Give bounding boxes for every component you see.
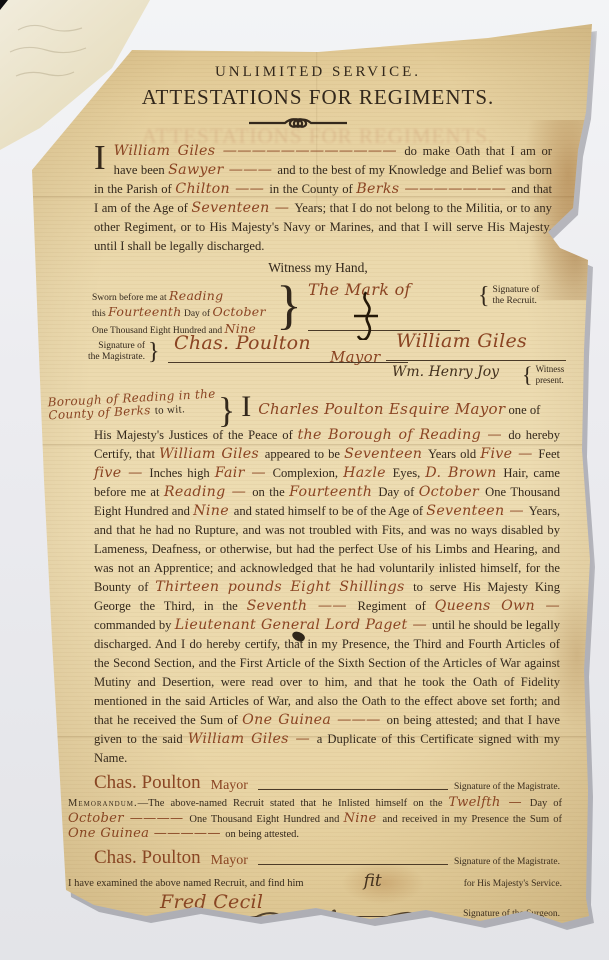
handwritten-text: Seventeen — [426,503,528,519]
handwritten-certifier-name: Charles Poulton Esquire Mayor [258,400,505,418]
flourish-divider-icon [243,115,393,129]
closing-brace: } [218,392,235,428]
handwritten-text: Seventeen [344,446,428,462]
witness-heading: Witness my Hand, [68,260,568,276]
signature-line [258,789,448,790]
page-title: ATTESTATIONS FOR REGIMENTS. [68,85,568,110]
printed-text: in the County of [269,182,356,196]
handwritten-text: D. Brown [425,465,503,481]
printed-text: Eyes, [393,466,426,480]
sworn-line-2: this Fourteenth Day of October [92,304,266,319]
document-header: UNLIMITED SERVICE. ATTESTATIONS FOR REGI… [68,64,568,134]
handwritten-text: Queens Own — [435,598,560,614]
printed-text: until he should be legally discharged. A… [94,618,560,727]
oath-text: William Giles ———————————— do make Oath … [94,144,552,253]
handwritten-text: Seventeen — [191,200,294,216]
handwritten-text: Thirteen pounds Eight Shillings [155,579,413,595]
attestation-signature-block: Sworn before me at Reading this Fourteen… [80,278,572,390]
printed-text: Day of [378,485,418,499]
handwritten-text: Nine [343,811,382,826]
witness-caption: { Witnesspresent. [522,364,564,386]
to-wit-label: to wit. [154,403,185,417]
printed-text: and received in my Presence the Sum of [383,814,562,825]
caption-text: Witnesspresent. [536,364,565,386]
surgeon-examination-line: I have examined the above named Recruit,… [68,871,562,891]
handwritten-text: William Giles ———————————— [114,143,405,159]
nota-bene: N. B. The Magistrate is requested to cau… [80,927,550,952]
title-unlimited-service: UNLIMITED SERVICE. [68,64,568,81]
handwritten-text: Fair — [215,465,273,481]
handwritten-text: One Guinea ————— [68,826,225,841]
certification-dropcap: I [241,392,251,422]
handwritten-text: Fourteenth [289,484,378,500]
oath-dropcap: I [94,143,106,172]
printed-text: Years old [428,447,480,461]
magistrate-title: Mayor [330,348,380,366]
handwritten-finding: fit [364,871,382,891]
printed-text: Day of [182,309,213,319]
signature-line [386,360,566,361]
signature-caption: Signature of the Magistrate. [454,782,560,794]
closing-brace: } [148,340,160,364]
handwritten-day: Fourteenth [108,304,181,319]
handwritten-text: William Giles [159,446,265,462]
printed-text: this [92,309,108,319]
printed-text: commanded by [94,618,175,632]
closing-brace: } [276,278,302,332]
printed-text: one of [505,403,540,417]
handwritten-text: Sawyer ——— [168,162,277,178]
printed-text: Feet [538,447,560,461]
handwritten-text: Nine [193,503,234,519]
handwritten-month: October [212,304,265,319]
handwritten-text: Hazle [343,465,393,481]
sworn-line-1: Sworn before me at Reading [92,288,223,303]
oath-paragraph: I William Giles ———————————— do make Oat… [94,142,552,256]
handwritten-text: One Guinea ——— [242,712,387,728]
handwritten-text: the Borough of Reading — [298,427,509,443]
signature-caption: Signature of the Magistrate. [454,857,560,869]
certification-opening: Borough of Reading in the County of Berk… [68,392,562,426]
magistrate-title: Mayor [211,778,248,794]
printed-text: His Majesty's Justices of the Peace of [94,428,298,442]
handwritten-text: Berks ——————— [356,181,511,197]
printed-text: appeared to be [265,447,344,461]
handwritten-text: Lieutenant General Lord Paget — [175,617,432,633]
certification-column: Borough of Reading in the County of Berk… [68,392,562,960]
printed-text: Memorandum. [68,798,138,809]
handwritten-text: Seventh —— [247,598,358,614]
printed-text: One Thousand Eight Hundred and [189,814,343,825]
handwritten-text: October ———— [68,811,189,826]
printed-text: on being attested. [225,829,299,840]
magistrate-caption: Signature ofthe Magistrate. } [88,340,160,364]
opening-brace: { [478,284,490,308]
examination-caption: for His Majesty's Service. [464,879,562,889]
handwritten-place: Reading [169,288,223,303]
magistrate-signature-row-2: Chas. Poulton Mayor Signature of the Mag… [94,843,560,869]
printed-text: —The above-named Recruit stated that he … [138,798,449,809]
caption-text: Signature ofthe Recruit. [493,285,540,307]
printed-text: Day of [530,798,562,809]
photograph-background: ATTESTATIONS FOR REGIMENTS. UNLIMITED SE… [0,0,609,960]
certification-paragraph: His Majesty's Justices of the Peace of t… [94,426,560,768]
signature-line [168,362,408,363]
recruit-signature: William Giles [396,330,527,352]
printed-text: and stated himself to be of the Age of [234,504,427,518]
handwritten-text: Reading — [164,484,252,500]
printed-text: Sworn before me at [92,293,169,303]
signature-line [258,864,448,865]
caption-text: Signature ofthe Magistrate. [88,341,145,363]
opening-brace: { [522,364,533,386]
printed-text: Inches high [149,466,214,480]
surgeon-signature: Fred Cecil [160,891,263,913]
printed-text: I have examined the above named Recruit,… [68,878,304,889]
handwritten-text: five — [94,465,149,481]
handwritten-text: William Giles — [188,731,317,747]
printed-text: Regiment of [357,599,434,613]
recruit-caption: { Signature ofthe Recruit. [478,284,539,308]
magistrate-title: Mayor [211,853,248,869]
certifier-name-line: Charles Poulton Esquire Mayor one of [258,392,540,418]
handwritten-text: October [419,484,485,500]
printer-imprint: Printed by Authority, for T. EGERTON, at… [80,955,550,960]
magistrate-signature: Chas. Poulton [94,847,201,869]
handwritten-text: Twelfth — [449,795,530,810]
attestation-document: ATTESTATIONS FOR REGIMENTS. UNLIMITED SE… [28,20,594,928]
handwritten-text: Chilton —— [175,181,269,197]
magistrate-signature-row-1: Chas. Poulton Mayor Signature of the Mag… [94,768,560,794]
memorandum-paragraph: Memorandum.—The above-named Recruit stat… [68,796,562,843]
magistrate-signature: Chas. Poulton [94,772,201,794]
printed-text: Complexion, [273,466,343,480]
witness-signature: Wm. Henry Joy [392,364,499,380]
recruit-mark [348,290,384,340]
handwritten-text: Five — [480,446,538,462]
printed-text: on the [252,485,289,499]
magistrate-signature: Chas. Poulton [174,332,311,354]
marginal-annotation: Borough of Reading in the County of Berk… [47,388,216,424]
